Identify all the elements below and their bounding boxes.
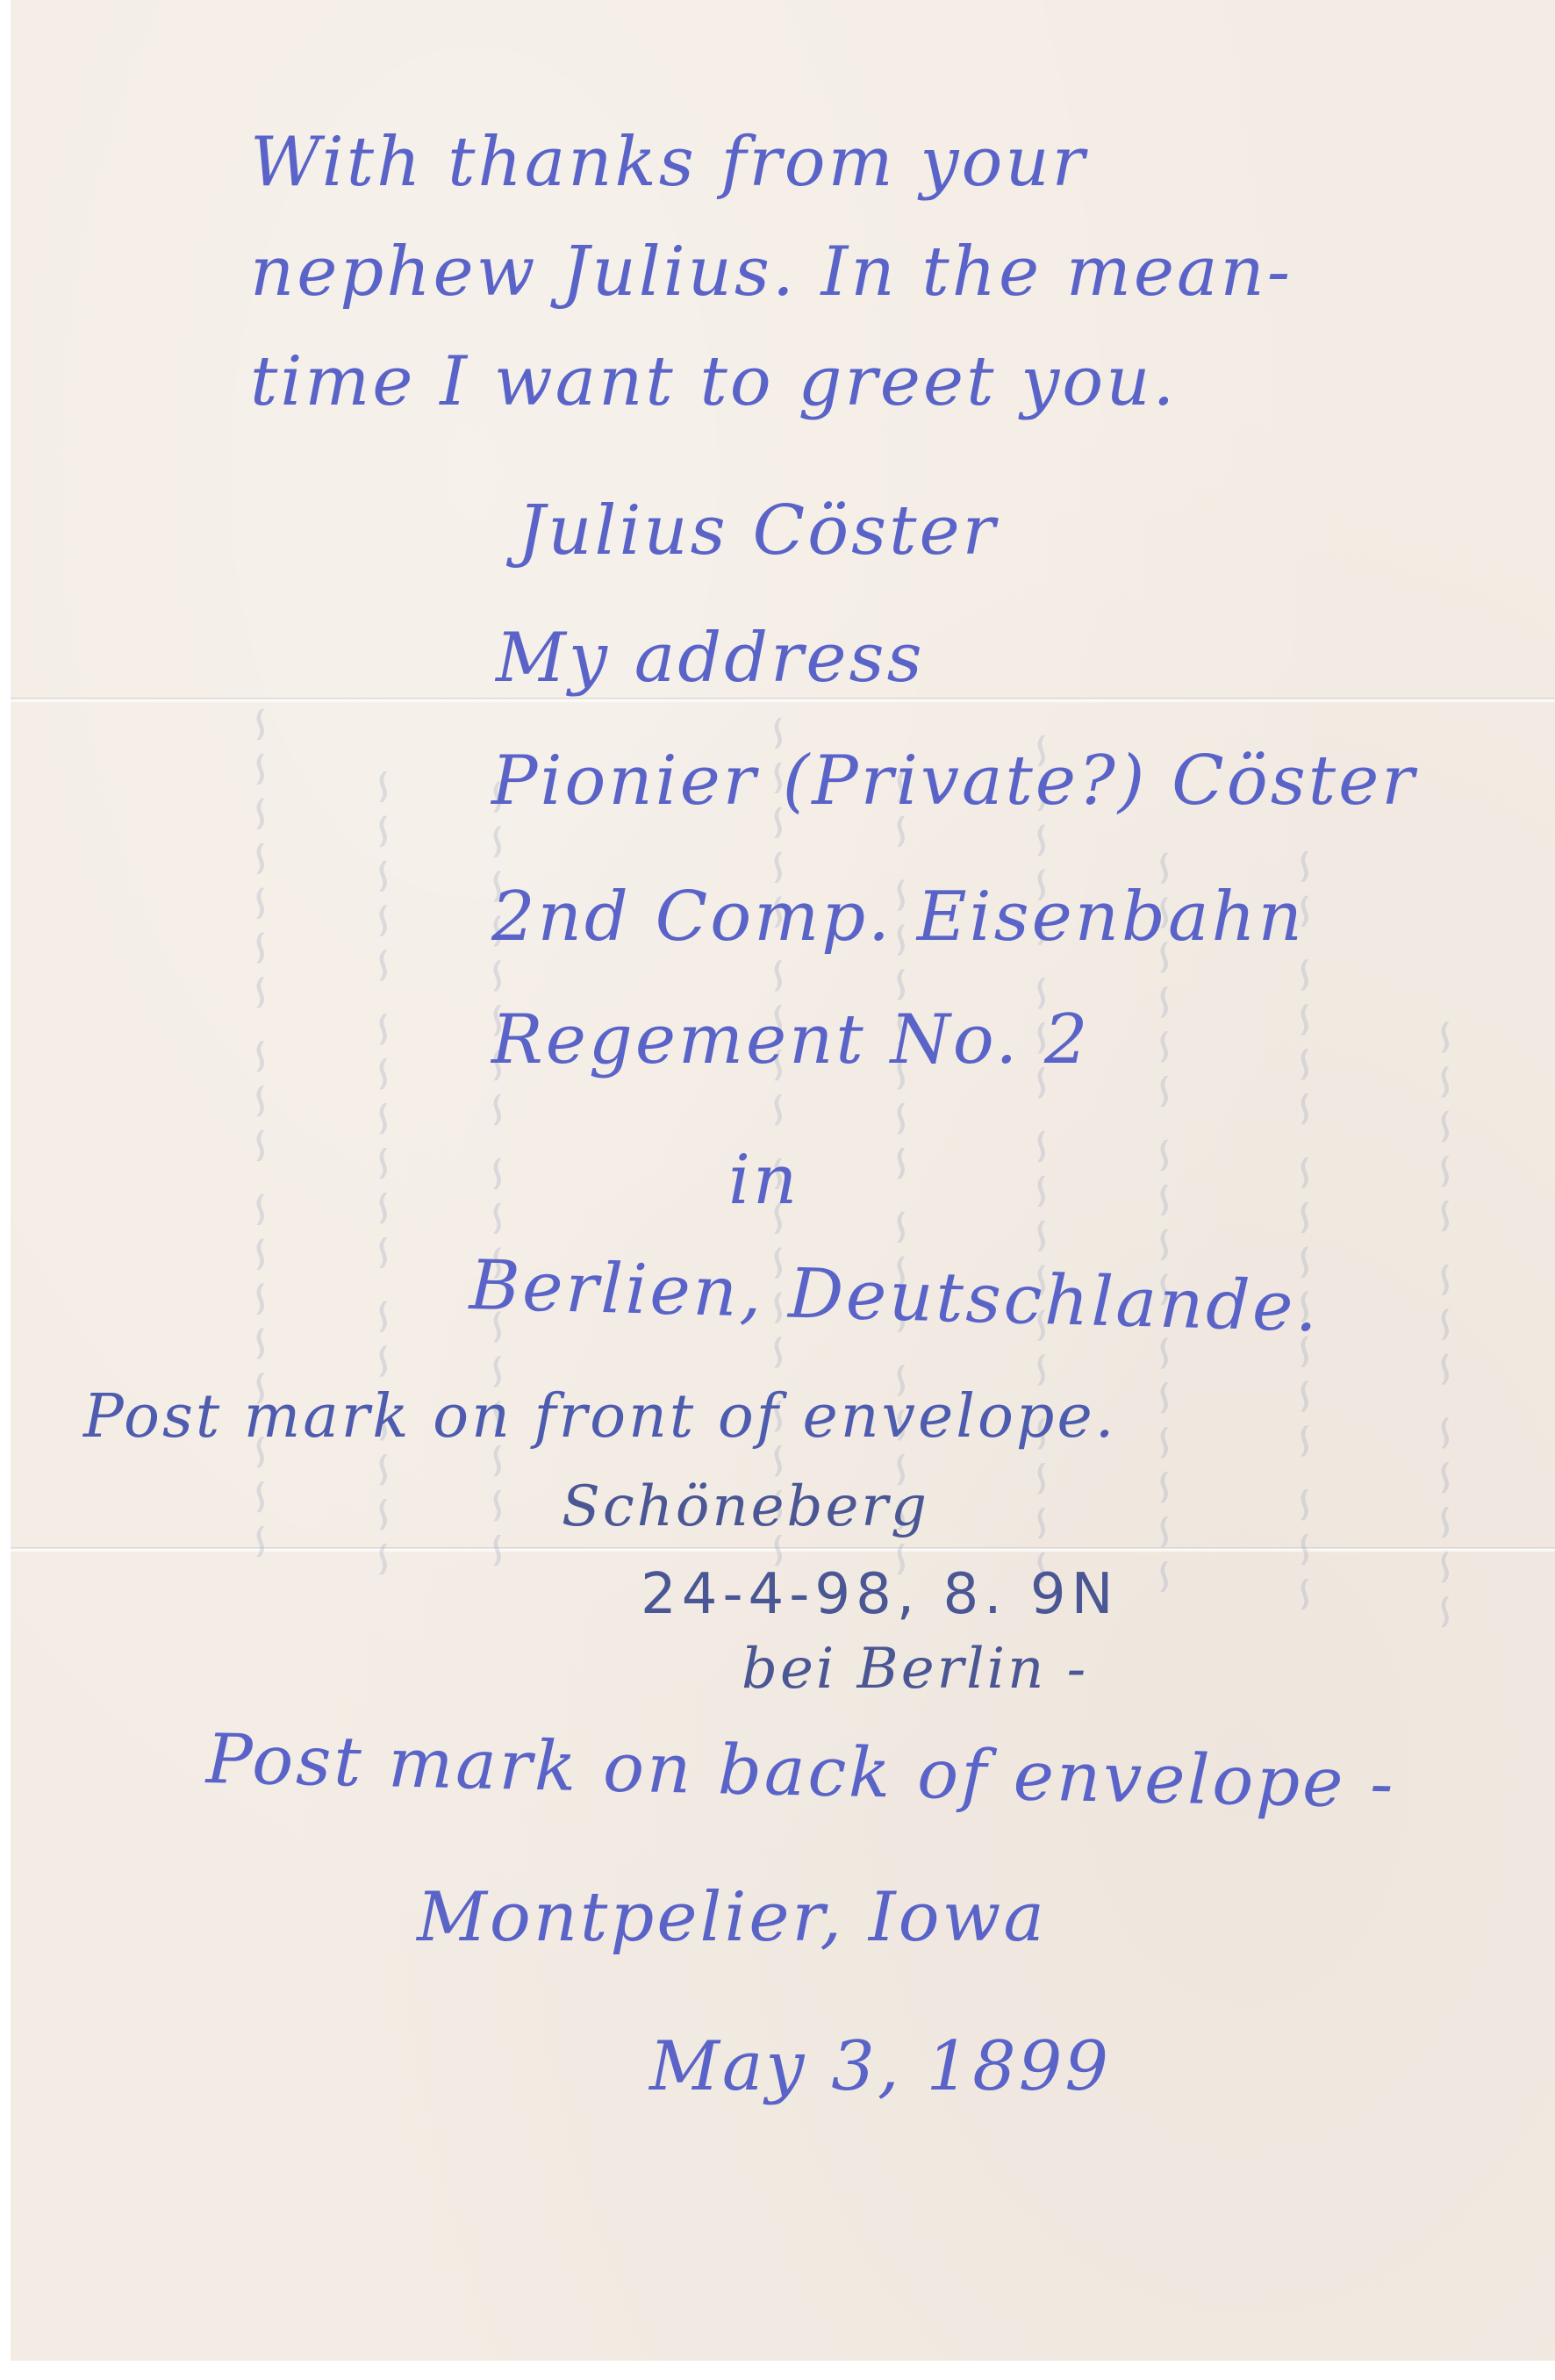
postmark-front-line: Schöneberg [562,1474,929,1539]
postmark-front-line: 24-4-98, 8. 9N [641,1562,1118,1627]
address-line: Regement No. 2 [491,1000,1091,1079]
bleed-through-text: ~~~~~~ ~~~~ ~~~~~~ [1136,844,1193,1597]
address-line: Pionier (Private?) Cöster [491,742,1417,821]
bleed-through-text: ~~~~~ ~~~ ~~~~~ [1417,1013,1474,1632]
postmark-front-label: Post mark on front of envelope. [83,1382,1116,1452]
closing-line: time I want to greet you. [250,342,1177,421]
address-label: My address [496,619,925,698]
closing-line: nephew Julius. In the mean- [250,233,1293,312]
postmark-back-line: May 3, 1899 [649,2027,1111,2106]
bleed-through-text: ~~~~ ~~~~~~ ~~~ ~~~~~ [1014,727,1071,1588]
bleed-through-text: ~~~~ ~~ ~~~~~~ ~~~~~ [355,763,412,1580]
address-line: in [728,1141,799,1220]
closing-line: With thanks from your [250,123,1087,202]
postmark-back-line: Montpelier, Iowa [417,1878,1047,1957]
signature: Julius Cöster [518,491,998,570]
address-line: 2nd Comp. Eisenbahn [491,878,1305,957]
bleed-through-text: ~~~ ~~~~~~~ ~~~~ ~~ [1277,842,1334,1615]
postmark-front-line: bei Berlin - [742,1637,1088,1702]
